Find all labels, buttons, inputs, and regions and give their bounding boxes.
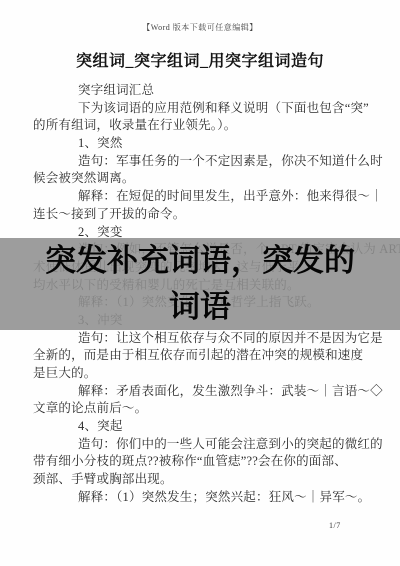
text-line: 颈部、手臂或胸部出现。 — [33, 471, 367, 489]
overlay-banner: 突发补充词语，突发的 词语 — [0, 238, 400, 330]
text-line: 是巨大的。 — [33, 365, 367, 383]
text-line: 解释：矛盾表面化，发生激烈争斗：武装～｜言语～◇ — [33, 383, 367, 401]
text-line: 造句：你们中的一些人可能会注意到小的突起的微红的 — [33, 436, 367, 454]
text-line: 全新的，而是由于相互依存而引起的潜在冲突的规模和速度 — [33, 347, 367, 365]
text-line: 解释：在短促的时间里发生，出乎意外：他来得很～｜ — [33, 188, 367, 206]
text-line: 的所有组词，收录量在行业领先。）。 — [33, 117, 367, 135]
watermark-banner: 【Word 版本下载可任意编辑】 — [0, 22, 400, 33]
page-title: 突组词_突字组词_用突字组词造句 — [0, 48, 400, 71]
overlay-title-line2: 词语 — [169, 284, 231, 330]
text-line: 带有细小分枝的斑点??被称作“血管痣”??会在你的面部、 — [33, 453, 367, 471]
text-line: 4、突起 — [33, 418, 367, 436]
text-line: 1、突然 — [33, 135, 367, 153]
page-number: 1/7 — [329, 521, 341, 530]
text-line: 造句：让这个相互依存与众不同的原因并不是因为它是 — [33, 330, 367, 348]
text-line: 解释：（1）突然发生；突然兴起：狂风～｜异军～。 — [33, 489, 367, 507]
text-line: 连长～接到了开拔的命令。 — [33, 206, 367, 224]
text-line: 下为该词语的应用范例和释义说明（下面也包含“突” — [33, 100, 367, 118]
text-line: 突字组词汇总 — [33, 82, 367, 100]
text-line: 文章的论点前后～。 — [33, 400, 367, 418]
overlay-title-line1: 突发补充词语，突发的 — [45, 238, 355, 284]
text-line: 造句：军事任务的一个不定因素是，你决不知道什么时 — [33, 153, 367, 171]
document-page: 【Word 版本下载可任意编辑】 突组词_突字组词_用突字组词造句 突字组词汇总… — [0, 0, 400, 566]
text-line: 候会被突然调离。 — [33, 170, 367, 188]
